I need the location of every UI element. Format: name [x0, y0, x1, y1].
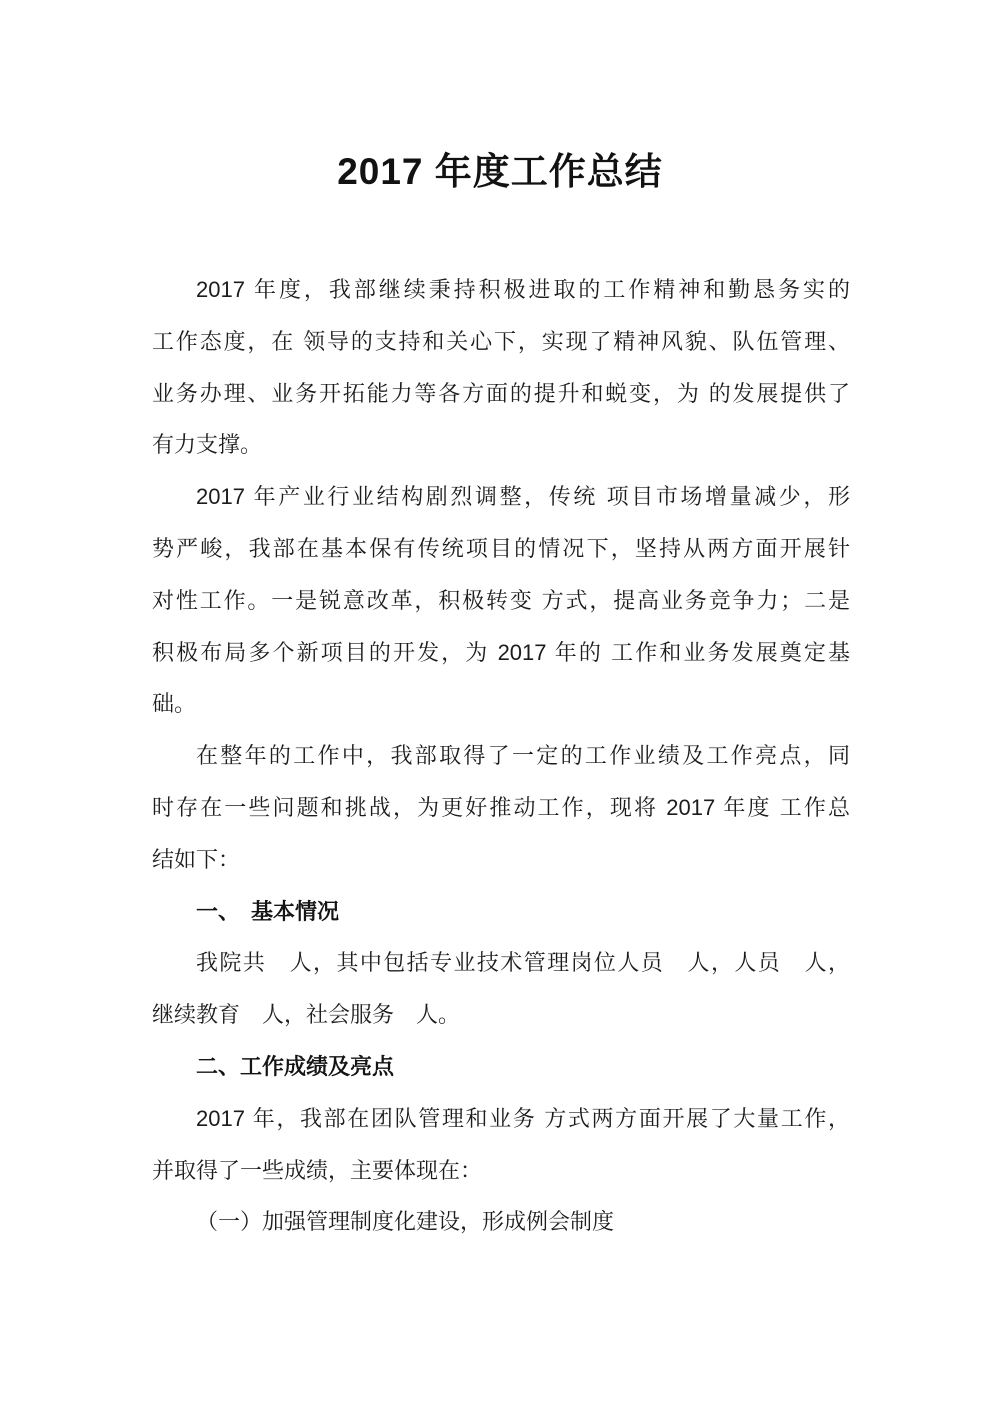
paragraph-line: 积极布局多个新项目的开发，为 2017 年的 工作和业务发展奠定基 — [152, 627, 850, 679]
paragraph-line: 并取得了一些成绩，主要体现在： — [152, 1145, 850, 1197]
paragraph-line: 础。 — [152, 678, 850, 730]
document-page: 2017 年度工作总结 2017 年度，我部继续秉持积极进取的工作精神和勤恳务实… — [0, 0, 1000, 1415]
section-heading: 一、 基本情况 — [152, 886, 850, 938]
paragraph-line: 对性工作。一是锐意改革，积极转变 方式，提高业务竞争力；二是 — [152, 575, 850, 627]
paragraph-line: （一）加强管理制度化建设，形成例会制度 — [152, 1196, 850, 1248]
paragraph-line: 我院共 人，其中包括专业技术管理岗位人员 人，人员 人， — [152, 937, 850, 989]
paragraph-line: 势严峻，我部在基本保有传统项目的情况下，坚持从两方面开展针 — [152, 523, 850, 575]
document-body: 2017 年度，我部继续秉持积极进取的工作精神和勤恳务实的工作态度，在 领导的支… — [152, 264, 850, 1248]
paragraph-line: 2017 年，我部在团队管理和业务 方式两方面开展了大量工作， — [152, 1093, 850, 1145]
section-heading: 二、工作成绩及亮点 — [152, 1041, 850, 1093]
paragraph-line: 有力支撑。 — [152, 419, 850, 471]
paragraph-line: 工作态度，在 领导的支持和关心下，实现了精神风貌、队伍管理、 — [152, 316, 850, 368]
paragraph-line: 在整年的工作中，我部取得了一定的工作业绩及工作亮点，同 — [152, 730, 850, 782]
paragraph-line: 2017 年产业行业结构剧烈调整，传统 项目市场增量减少，形 — [152, 471, 850, 523]
paragraph-line: 继续教育 人，社会服务 人。 — [152, 989, 850, 1041]
document-title: 2017 年度工作总结 — [0, 147, 1000, 197]
paragraph-line: 结如下： — [152, 834, 850, 886]
paragraph-line: 2017 年度，我部继续秉持积极进取的工作精神和勤恳务实的 — [152, 264, 850, 316]
paragraph-line: 业务办理、业务开拓能力等各方面的提升和蜕变，为 的发展提供了 — [152, 368, 850, 420]
paragraph-line: 时存在一些问题和挑战，为更好推动工作，现将 2017 年度 工作总 — [152, 782, 850, 834]
